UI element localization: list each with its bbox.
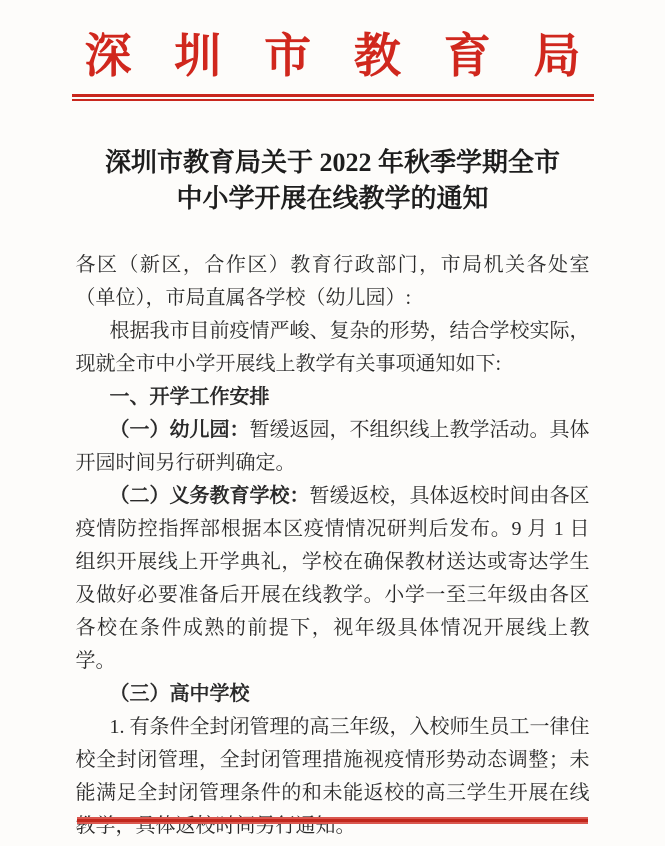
paragraph-kindergarten: （一）幼儿园：暂缓返园，不组织线上教学活动。具体开园时间另行研判确定。 (76, 414, 590, 480)
document-page: 深 圳 市 教 育 局 深圳市教育局关于 2022 年秋季学期全市 中小学开展在… (0, 0, 665, 846)
section-heading-high-school: （三）高中学校 (76, 678, 590, 711)
paragraph-kindergarten-lead: （一）幼儿园： (110, 419, 250, 441)
agency-name: 深 圳 市 教 育 局 (85, 28, 581, 87)
letterhead-divider (72, 94, 594, 101)
salutation: 各区（新区，合作区）教育行政部门，市局机关各处室（单位），市局直属各学校（幼儿园… (76, 249, 590, 315)
paragraph-compulsory-education: （二）义务教育学校：暂缓返校，具体返校时间由各区疫情防控指挥部根据本区疫情情况研… (76, 480, 590, 678)
document-body: 各区（新区，合作区）教育行政部门，市局机关各处室（单位），市局直属各学校（幼儿园… (76, 249, 590, 843)
document-title-line2: 中小学开展在线教学的通知 (0, 181, 665, 217)
letterhead: 深 圳 市 教 育 局 (0, 0, 665, 101)
paragraph-compulsory-education-lead: （二）义务教育学校： (110, 485, 310, 507)
document-title-line1: 深圳市教育局关于 2022 年秋季学期全市 (0, 145, 665, 181)
paragraph-intro: 根据我市目前疫情严峻、复杂的形势，结合学校实际，现就全市中小学开展线上教学有关事… (76, 315, 590, 381)
section-heading-arrangements: 一、开学工作安排 (76, 381, 590, 414)
paragraph-compulsory-education-text: 暂缓返校，具体返校时间由各区疫情防控指挥部根据本区疫情情况研判后发布。9 月 1… (76, 485, 590, 672)
footer-divider (77, 817, 588, 824)
document-title: 深圳市教育局关于 2022 年秋季学期全市 中小学开展在线教学的通知 (0, 145, 665, 217)
